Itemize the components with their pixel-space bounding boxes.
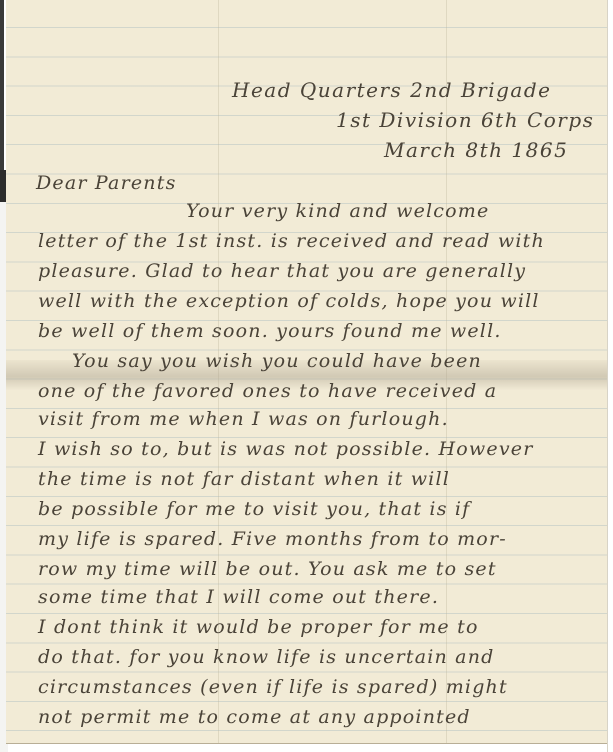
letter-date: March 8th 1865 <box>384 138 568 162</box>
body-line: circumstances (even if life is spared) m… <box>38 676 508 698</box>
body-line: visit from me when I was on furlough. <box>38 408 449 430</box>
scan-edge-right <box>607 0 613 752</box>
body-line: some time that I will come out there. <box>38 586 439 608</box>
body-line: row my time will be out. You ask me to s… <box>38 558 497 580</box>
body-line: the time is not far distant when it will <box>38 468 450 490</box>
body-line: one of the favored ones to have received… <box>38 380 497 402</box>
header-line-1: Head Quarters 2nd Brigade <box>232 78 551 102</box>
body-line: be well of them soon. yours found me wel… <box>38 320 502 342</box>
body-line: be possible for me to visit you, that is… <box>38 498 470 520</box>
body-line: do that. for you know life is uncertain … <box>38 646 495 668</box>
header-line-2: 1st Division 6th Corps <box>336 108 594 132</box>
body-line: You say you wish you could have been <box>72 350 482 372</box>
body-line: well with the exception of colds, hope y… <box>38 290 540 312</box>
body-line: I dont think it would be proper for me t… <box>38 616 479 638</box>
body-line: my life is spared. Five months from to m… <box>38 528 507 550</box>
body-line: letter of the 1st inst. is received and … <box>38 230 545 252</box>
body-line: not permit me to come at any appointed <box>38 706 471 728</box>
body-line: I wish so to, but is was not possible. H… <box>38 438 533 460</box>
salutation: Dear Parents <box>36 172 177 194</box>
body-line: Your very kind and welcome <box>186 200 489 222</box>
body-line: pleasure. Glad to hear that you are gene… <box>38 260 526 282</box>
